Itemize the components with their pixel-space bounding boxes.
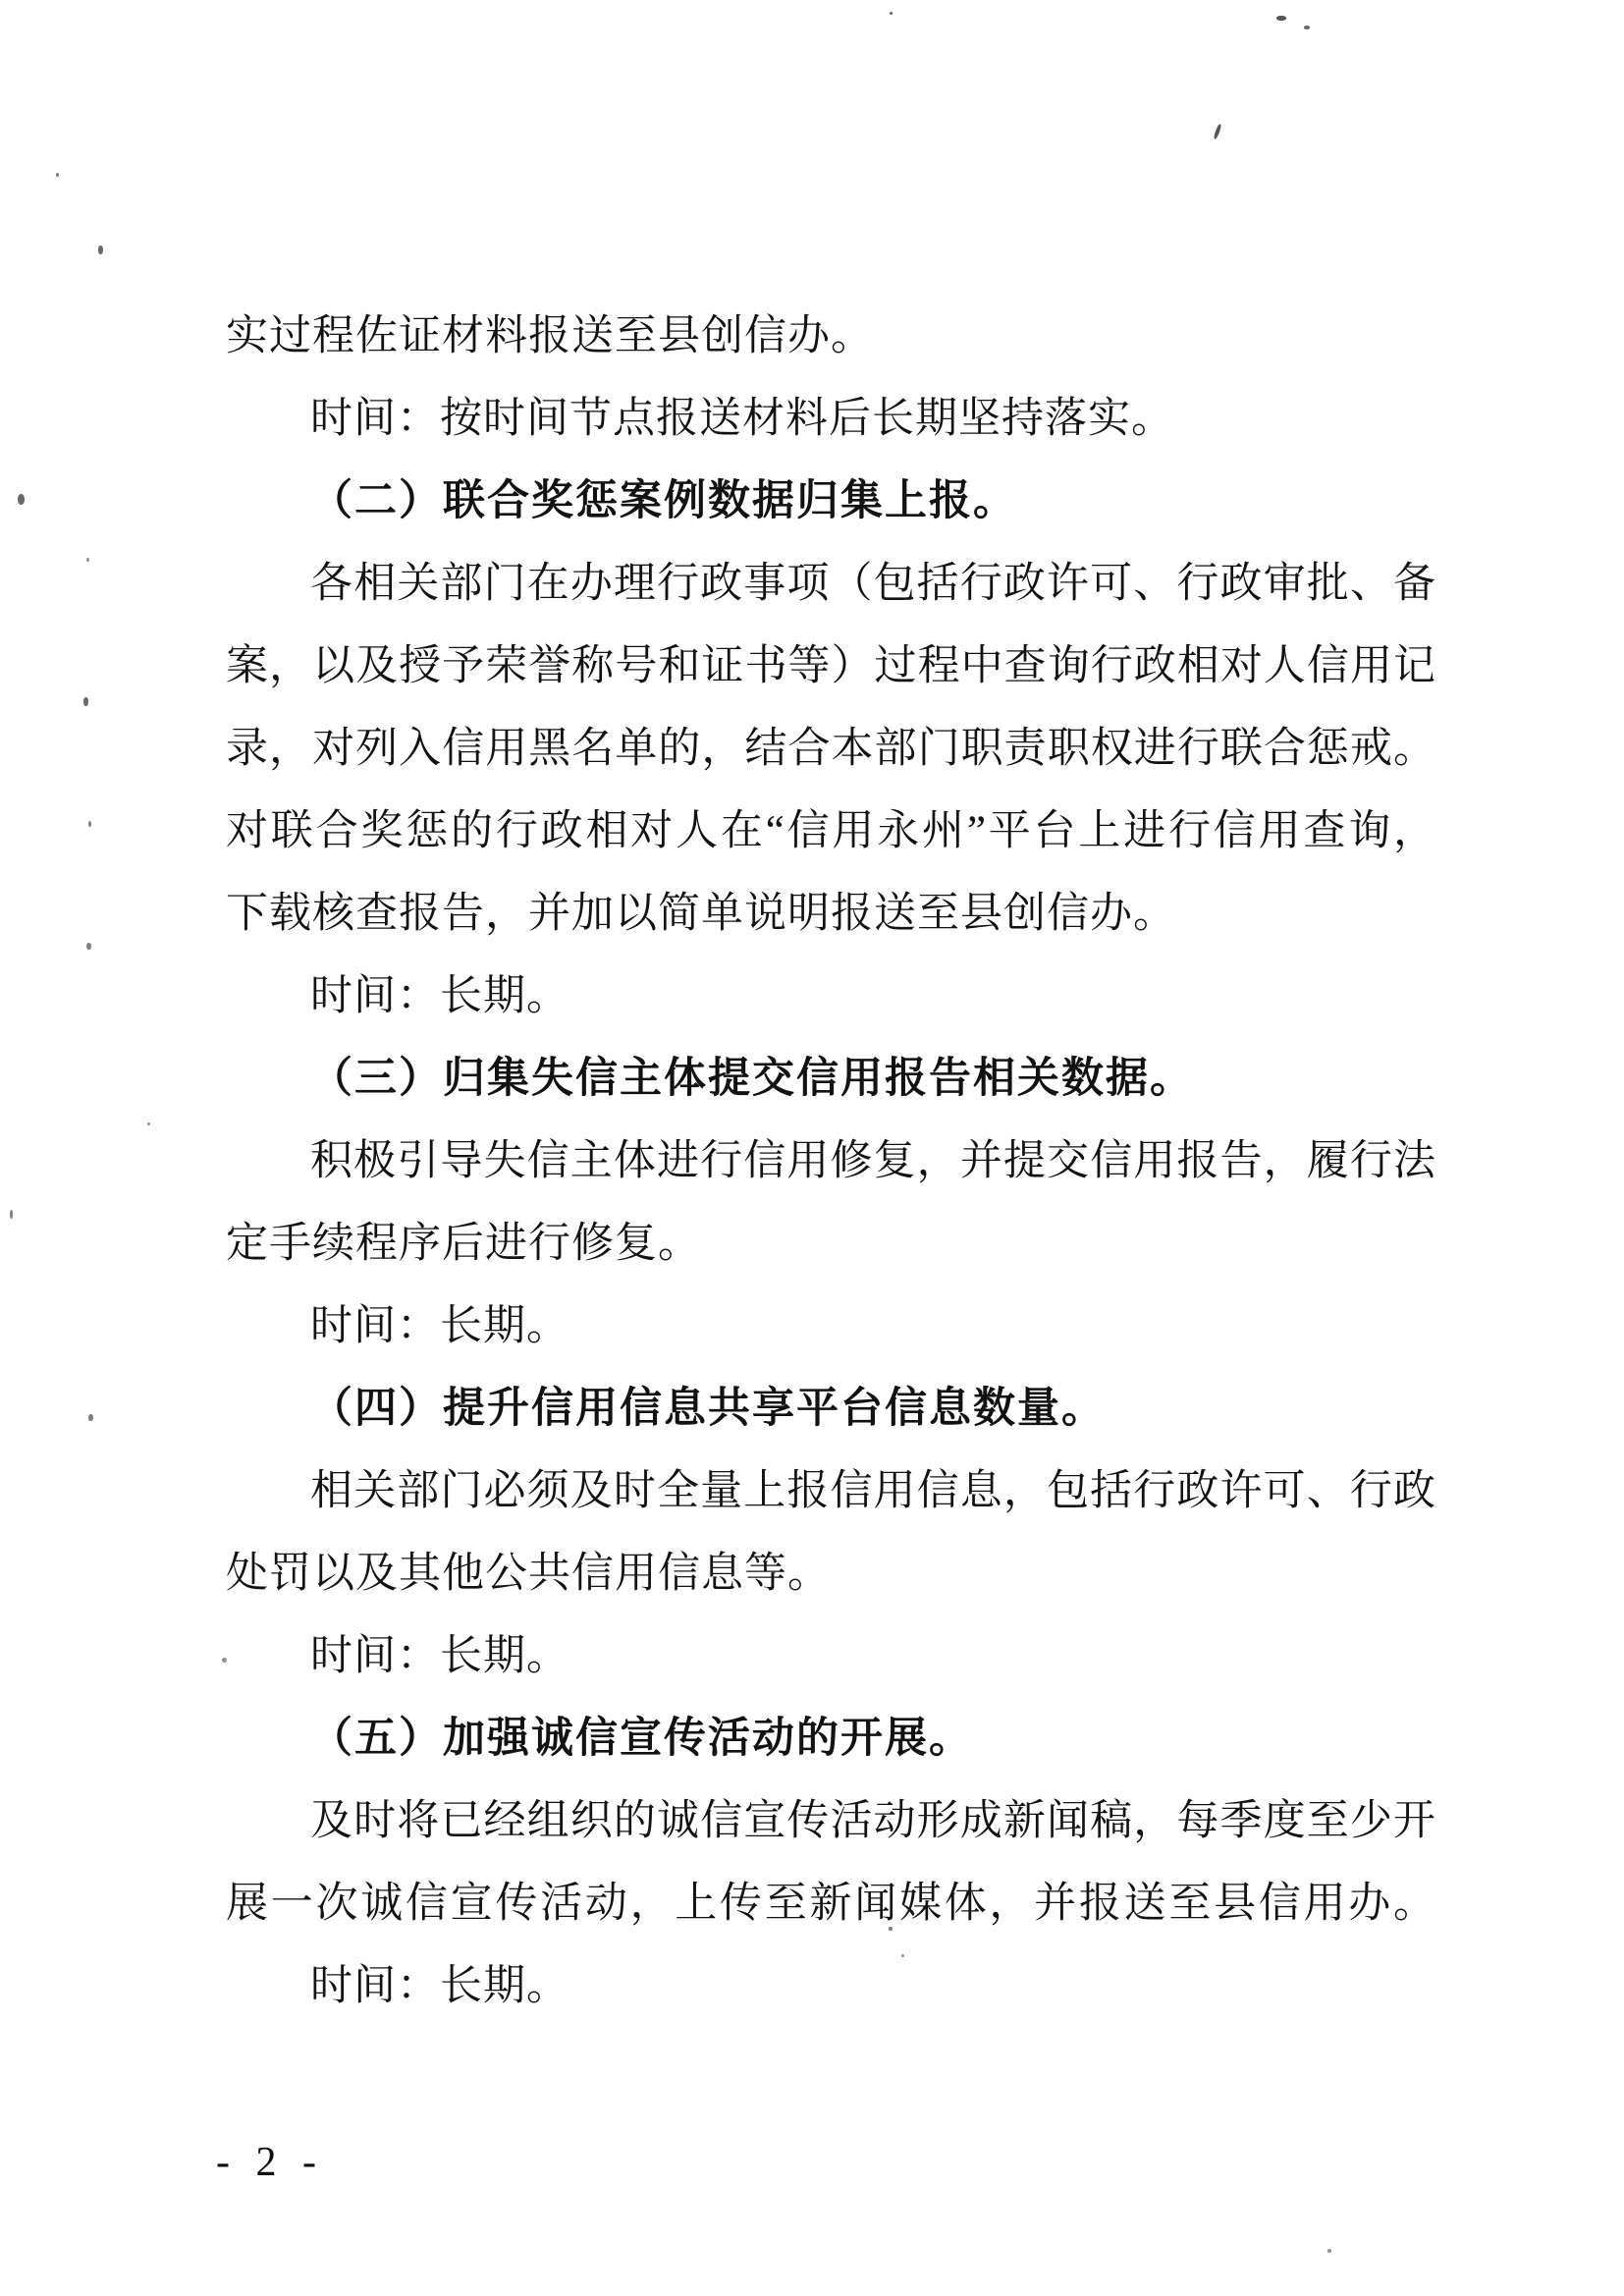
- document-line: 录，对列入信用黑名单的，结合本部门职责职权进行联合惩戒。: [226, 708, 1435, 791]
- document-line: 各相关部门在办理行政事项（包括行政许可、行政审批、备: [226, 543, 1435, 626]
- scan-noise-speck: [10, 1210, 13, 1219]
- document-line: 定手续程序后进行修复。: [226, 1203, 1435, 1285]
- document-line: （二）联合奖惩案例数据归集上报。: [226, 461, 1435, 543]
- scan-noise-speck: [98, 246, 103, 254]
- document-line: 展一次诚信宣传活动，上传至新闻媒体，并报送至县信用办。: [226, 1863, 1435, 1945]
- line-text: （四）提升信用信息共享平台信息数量。: [310, 1386, 1106, 1432]
- scan-noise-speck: [147, 1122, 150, 1125]
- page-number: - 2 -: [216, 2133, 324, 2192]
- line-text: 定手续程序后进行修复。: [226, 1221, 701, 1267]
- line-text: 各相关部门在办理行政事项（包括行政许可、行政审批、备: [310, 561, 1435, 607]
- line-text: 及时将已经组织的诚信宣传活动形成新闻稿，每季度至少开: [310, 1798, 1435, 1844]
- line-text: 下载核查报告，并加以简单说明报送至县创信办。: [226, 891, 1176, 937]
- line-text: 实过程佐证材料报送至县创信办。: [226, 313, 874, 359]
- line-text: 时间：按时间节点报送材料后长期坚持落实。: [310, 396, 1174, 442]
- line-text: 时间：长期。: [310, 1963, 569, 2009]
- scan-noise-speck: [1304, 26, 1310, 29]
- line-text: 处罚以及其他公共信用信息等。: [226, 1551, 831, 1597]
- document-line: 时间：长期。: [226, 1615, 1435, 1698]
- line-text: 时间：长期。: [310, 1303, 569, 1349]
- line-text: （二）联合奖惩案例数据归集上报。: [310, 478, 1017, 524]
- line-text: 录，对列入信用黑名单的，结合本部门职责职权进行联合惩戒。: [226, 726, 1435, 772]
- document-line: 时间：长期。: [226, 956, 1435, 1038]
- line-text: （三）归集失信主体提交信用报告相关数据。: [310, 1056, 1194, 1102]
- document-line: （三）归集失信主体提交信用报告相关数据。: [226, 1038, 1435, 1121]
- line-text: 时间：长期。: [310, 973, 569, 1019]
- line-text: 时间：长期。: [310, 1633, 569, 1679]
- scan-noise-speck: [88, 821, 91, 827]
- document-line: 案，以及授予荣誉称号和证书等）过程中查询行政相对人信用记: [226, 626, 1435, 708]
- document-line: 及时将已经组织的诚信宣传活动形成新闻稿，每季度至少开: [226, 1780, 1435, 1863]
- document-line: 时间：长期。: [226, 1945, 1435, 2028]
- scan-noise-speck: [18, 494, 25, 505]
- scanned-document-page: 实过程佐证材料报送至县创信办。时间：按时间节点报送材料后长期坚持落实。（二）联合…: [0, 0, 1624, 2296]
- scan-noise-speck: [222, 1658, 227, 1663]
- scan-noise-speck: [56, 173, 59, 177]
- document-line: 时间：长期。: [226, 1285, 1435, 1368]
- scan-noise-speck: [83, 697, 88, 706]
- line-text: 对联合奖惩的行政相对人在“信用永州”平台上进行信用查询，: [226, 808, 1435, 854]
- document-line: 积极引导失信主体进行信用修复，并提交信用报告，履行法: [226, 1121, 1435, 1203]
- scan-noise-speck: [901, 1954, 904, 1957]
- line-text: （五）加强诚信宣传活动的开展。: [310, 1716, 973, 1762]
- document-line: 时间：按时间节点报送材料后长期坚持落实。: [226, 378, 1435, 461]
- line-text: 案，以及授予荣誉称号和证书等）过程中查询行政相对人信用记: [226, 643, 1435, 689]
- scan-noise-speck: [88, 1414, 93, 1421]
- document-line: （五）加强诚信宣传活动的开展。: [226, 1698, 1435, 1780]
- document-body: 实过程佐证材料报送至县创信办。时间：按时间节点报送材料后长期坚持落实。（二）联合…: [226, 296, 1435, 2028]
- document-line: 对联合奖惩的行政相对人在“信用永州”平台上进行信用查询，: [226, 791, 1435, 873]
- document-line: 下载核查报告，并加以简单说明报送至县创信办。: [226, 873, 1435, 956]
- scan-noise-speck: [86, 558, 89, 562]
- scan-noise-speck: [1327, 2249, 1331, 2253]
- line-text: 展一次诚信宣传活动，上传至新闻媒体，并报送至县信用办。: [226, 1881, 1435, 1927]
- document-line: （四）提升信用信息共享平台信息数量。: [226, 1368, 1435, 1450]
- scan-noise-speck: [1213, 124, 1221, 139]
- document-line: 实过程佐证材料报送至县创信办。: [226, 296, 1435, 378]
- scan-noise-speck: [86, 943, 91, 950]
- scan-noise-speck: [1276, 16, 1286, 21]
- line-text: 相关部门必须及时全量上报信用信息，包括行政许可、行政: [310, 1468, 1435, 1514]
- line-text: 积极引导失信主体进行信用修复，并提交信用报告，履行法: [310, 1138, 1435, 1184]
- document-line: 相关部门必须及时全量上报信用信息，包括行政许可、行政: [226, 1450, 1435, 1533]
- document-line: 处罚以及其他公共信用信息等。: [226, 1533, 1435, 1615]
- scan-noise-speck: [890, 12, 893, 15]
- scan-noise-speck: [889, 1927, 893, 1931]
